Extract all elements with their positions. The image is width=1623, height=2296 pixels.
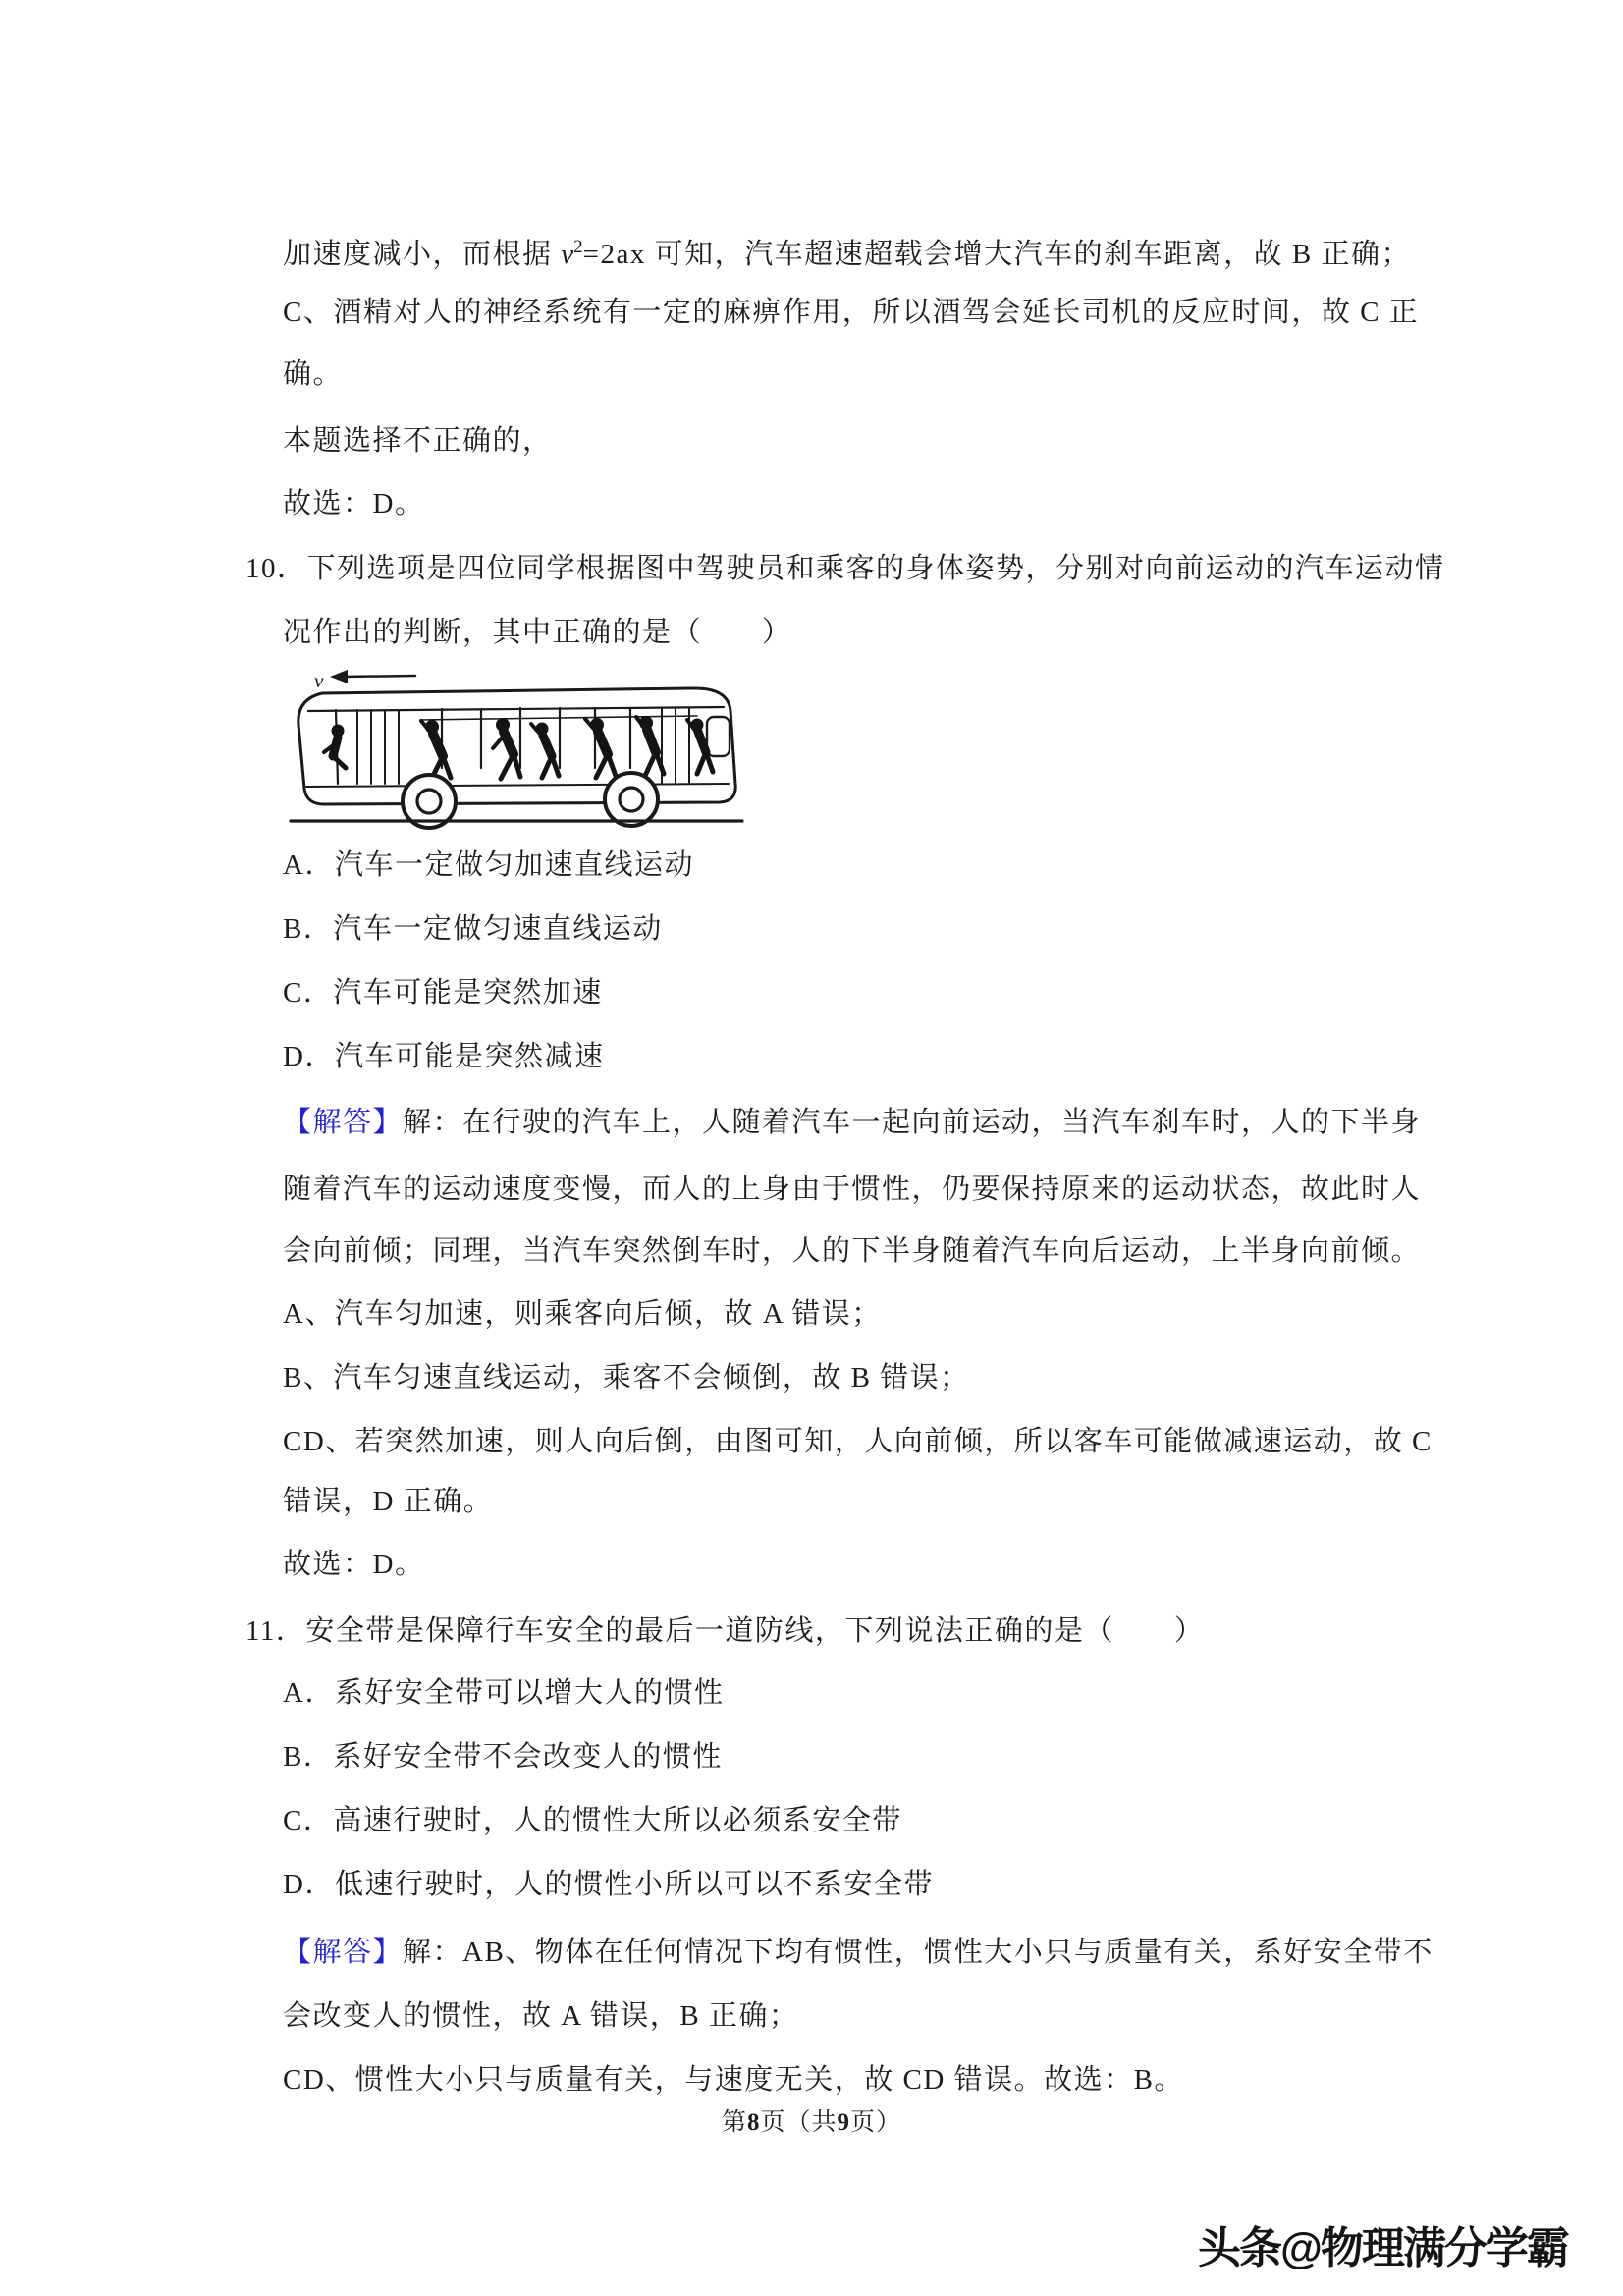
text-segment: 加速度减小，而根据 <box>283 239 561 270</box>
document-page: 加速度减小，而根据 v2=2ax 可知，汽车超速超载会增大汽车的刹车距离，故 B… <box>0 0 1623 2296</box>
q11-option-d: D．低速行驶时，人的惯性小所以可以不系安全带 <box>283 1868 934 1901</box>
text-segment: A．系好安全带可以增大人的惯性 <box>283 1677 724 1709</box>
velocity-label: v <box>314 669 324 692</box>
text-segment: 故选：D。 <box>283 488 424 519</box>
q10-solution-line-6: CD、若突然加速，则人向后倒，由图可知，人向前倾，所以客车可能做减速运动，故 C <box>283 1425 1433 1458</box>
text-segment: C．高速行驶时，人的惯性大所以必须系安全带 <box>283 1805 902 1836</box>
text-segment: 2 <box>573 237 583 257</box>
text-segment: 随着汽车的运动速度变慢，而人的上身由于惯性，仍要保持原来的运动状态，故此时人 <box>283 1174 1421 1205</box>
text-segment: 错误，D 正确。 <box>283 1486 493 1517</box>
q11-option-a: A．系好安全带可以增大人的惯性 <box>283 1676 724 1710</box>
q10-stem-line-2: 况作出的判断，其中正确的是（ ） <box>283 616 792 649</box>
text-segment: 会改变人的惯性，故 A 错误，B 正确； <box>283 2000 798 2032</box>
page-number: 第8页（共9页） <box>0 2103 1623 2138</box>
text-segment: 11．安全带是保障行车安全的最后一道防线，下列说法正确的是（ ） <box>245 1615 1204 1647</box>
text-segment: C、酒精对人的神经系统有一定的麻痹作用，所以酒驾会延长司机的反应时间，故 C 正 <box>283 297 1419 328</box>
passenger-silhouettes <box>324 716 713 780</box>
text-segment: 9 <box>838 2109 851 2136</box>
q9-solution-line-2: C、酒精对人的神经系统有一定的麻痹作用，所以酒驾会延长司机的反应时间，故 C 正 <box>283 296 1419 329</box>
text-segment: 故选：D。 <box>283 1549 424 1580</box>
text-segment: 第 <box>722 2109 747 2136</box>
text-segment: D．汽车可能是突然减速 <box>283 1041 604 1072</box>
text-segment: CD、惯性大小只与质量有关，与速度无关，故 CD 错误。故选：B。 <box>283 2064 1184 2096</box>
text-segment: 解：AB、物体在任何情况下均有惯性，惯性大小只与质量有关，系好安全带不 <box>403 1937 1434 1968</box>
text-segment: A．汽车一定做匀加速直线运动 <box>283 849 694 881</box>
q10-option-b: B．汽车一定做匀速直线运动 <box>283 912 663 946</box>
q10-option-a: A．汽车一定做匀加速直线运动 <box>283 848 694 882</box>
q9-answer: 故选：D。 <box>283 487 424 520</box>
text-segment: B、汽车匀速直线运动，乘客不会倾倒，故 B 错误； <box>283 1362 970 1394</box>
q11-solution-line-2: 会改变人的惯性，故 A 错误，B 正确； <box>283 1999 798 2033</box>
q10-solution-line-3: 会向前倾；同理，当汽车突然倒车时，人的下半身随着汽车向后运动，上半身向前倾。 <box>283 1234 1421 1268</box>
text-segment: A、汽车匀加速，则乘客向后倾，故 A 错误； <box>283 1298 882 1330</box>
q11-stem: 11．安全带是保障行车安全的最后一道防线，下列说法正确的是（ ） <box>245 1614 1204 1648</box>
q9-solution-line-3: 确。 <box>283 357 343 391</box>
watermark: 头条@物理满分学霸 <box>1198 2213 1568 2275</box>
velocity-arrow: v <box>314 669 415 692</box>
q11-solution-line-1: 【解答】解：AB、物体在任何情况下均有惯性，惯性大小只与质量有关，系好安全带不 <box>283 1936 1434 1969</box>
text-segment: 本题选择不正确的， <box>283 425 553 457</box>
text-segment: 8 <box>747 2109 761 2136</box>
text-segment: CD、若突然加速，则人向后倒，由图可知，人向前倾，所以客车可能做减速运动，故 C <box>283 1426 1433 1457</box>
text-segment: 10．下列选项是四位同学根据图中驾驶员和乘客的身体姿势，分别对向前运动的汽车运动… <box>245 553 1445 584</box>
text-segment: 解：在行驶的汽车上，人随着汽车一起向前运动，当汽车刹车时，人的下半身 <box>403 1107 1421 1138</box>
answer-section-label: 【解答】 <box>283 1107 403 1138</box>
q11-solution-line-3: CD、惯性大小只与质量有关，与速度无关，故 CD 错误。故选：B。 <box>283 2063 1184 2097</box>
bus-illustration: v <box>285 664 746 833</box>
text-segment: =2ax 可知，汽车超速超载会增大汽车的刹车距离，故 B 正确； <box>583 239 1411 270</box>
q10-option-c: C．汽车可能是突然加速 <box>283 976 603 1010</box>
text-segment: B．汽车一定做匀速直线运动 <box>283 913 663 945</box>
q10-solution-line-4: A、汽车匀加速，则乘客向后倾，故 A 错误； <box>283 1297 882 1331</box>
text-segment: 确。 <box>283 358 343 390</box>
answer-section-label: 【解答】 <box>283 1937 403 1968</box>
text-segment: 页） <box>850 2109 901 2136</box>
q10-answer: 故选：D。 <box>283 1548 424 1581</box>
q9-solution-line-4: 本题选择不正确的， <box>283 424 553 458</box>
text-segment: 会向前倾；同理，当汽车突然倒车时，人的下半身随着汽车向后运动，上半身向前倾。 <box>283 1235 1421 1267</box>
text-segment: D．低速行驶时，人的惯性小所以可以不系安全带 <box>283 1869 934 1900</box>
q11-option-c: C．高速行驶时，人的惯性大所以必须系安全带 <box>283 1804 902 1837</box>
text-segment: v <box>561 239 573 270</box>
q11-option-b: B．系好安全带不会改变人的惯性 <box>283 1740 723 1774</box>
text-segment: 况作出的判断，其中正确的是（ ） <box>283 617 792 648</box>
q10-solution-line-2: 随着汽车的运动速度变慢，而人的上身由于惯性，仍要保持原来的运动状态，故此时人 <box>283 1173 1421 1206</box>
q10-option-d: D．汽车可能是突然减速 <box>283 1040 604 1073</box>
text-segment: 页（共 <box>760 2109 837 2136</box>
q9-solution-line-1: 加速度减小，而根据 v2=2ax 可知，汽车超速超载会增大汽车的刹车距离，故 B… <box>283 238 1411 275</box>
bus-body <box>298 688 735 804</box>
q10-solution-line-1: 【解答】解：在行驶的汽车上，人随着汽车一起向前运动，当汽车刹车时，人的下半身 <box>283 1106 1421 1139</box>
q10-solution-line-5: B、汽车匀速直线运动，乘客不会倾倒，故 B 错误； <box>283 1361 970 1394</box>
text-segment: B．系好安全带不会改变人的惯性 <box>283 1741 723 1773</box>
q10-solution-line-7: 错误，D 正确。 <box>283 1485 493 1518</box>
text-segment: C．汽车可能是突然加速 <box>283 977 603 1009</box>
q10-stem-line-1: 10．下列选项是四位同学根据图中驾驶员和乘客的身体姿势，分别对向前运动的汽车运动… <box>245 552 1445 585</box>
